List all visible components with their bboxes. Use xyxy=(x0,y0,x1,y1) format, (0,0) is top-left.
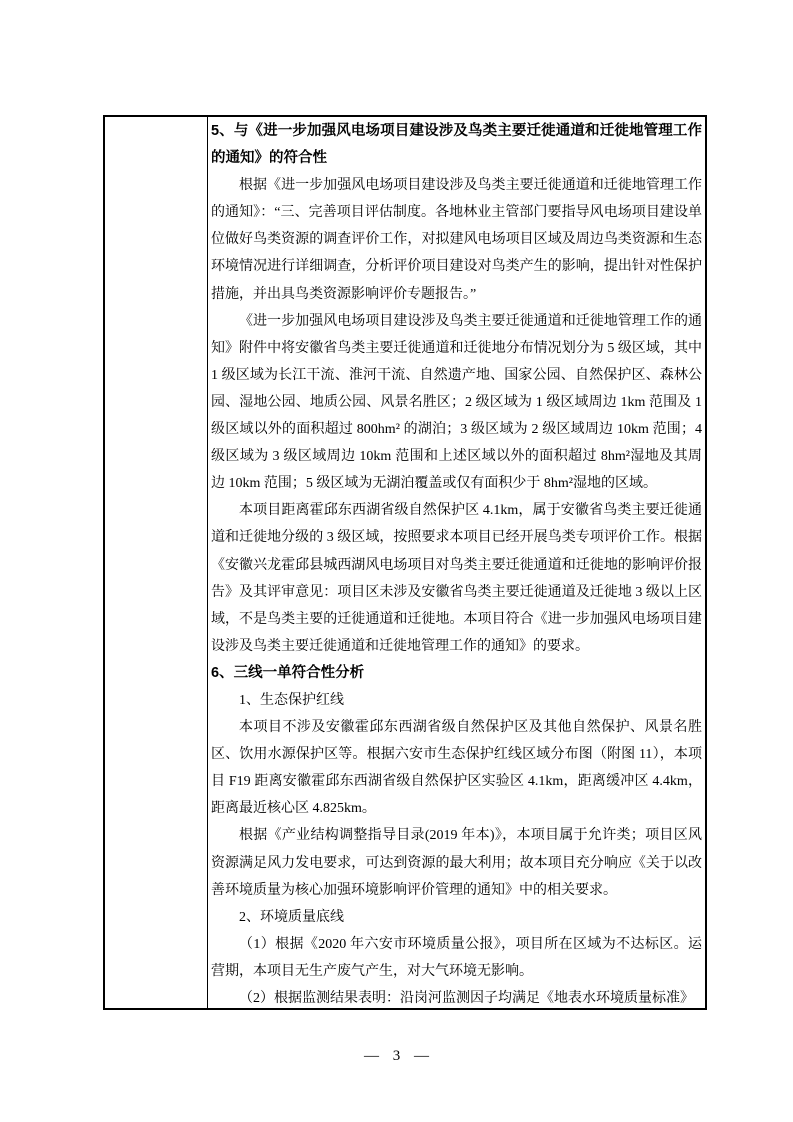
paragraph-notice-quote: 根据《进一步加强风电场项目建设涉及鸟类主要迁徙通道和迁徙地管理工作的通知》：“三… xyxy=(211,172,702,307)
paragraph-water-quality: （2）根据监测结果表明：沿岗河监测因子均满足《地表水环境质量标准》 xyxy=(211,985,702,1008)
subheading-env-quality: 2、环境质量底线 xyxy=(211,904,702,931)
paragraph-project-zone: 本项目距离霍邱东西湖省级自然保护区 4.1km，属于安徽省鸟类主要迁徙通道和迁徙… xyxy=(211,497,702,660)
section-heading-5: 5、与《进一步加强风电场项目建设涉及鸟类主要迁徙通道和迁徙地管理工作的通知》的符… xyxy=(211,118,702,172)
table-left-cell xyxy=(105,117,208,1008)
section-heading-6: 6、三线一单符合性分析 xyxy=(211,660,702,687)
page-number: — 3 — xyxy=(0,1048,793,1065)
paragraph-redline-detail: 本项目不涉及安徽霍邱东西湖省级自然保护区及其他自然保护、风景名胜区、饮用水源保护… xyxy=(211,714,702,822)
paragraph-air-quality: （1）根据《2020 年六安市环境质量公报》，项目所在区域为不达标区。运营期，本… xyxy=(211,931,702,985)
paragraph-zone-levels: 《进一步加强风电场项目建设涉及鸟类主要迁徙通道和迁徙地管理工作的通知》附件中将安… xyxy=(211,308,702,498)
table-content-cell: 5、与《进一步加强风电场项目建设涉及鸟类主要迁徙通道和迁徙地管理工作的通知》的符… xyxy=(208,117,705,1008)
form-table: 5、与《进一步加强风电场项目建设涉及鸟类主要迁徙通道和迁徙地管理工作的通知》的符… xyxy=(103,115,707,1010)
subheading-eco-redline: 1、生态保护红线 xyxy=(211,687,702,714)
paragraph-industry-catalog: 根据《产业结构调整指导目录(2019 年本)》，本项目属于允许类；项目区风资源满… xyxy=(211,822,702,903)
